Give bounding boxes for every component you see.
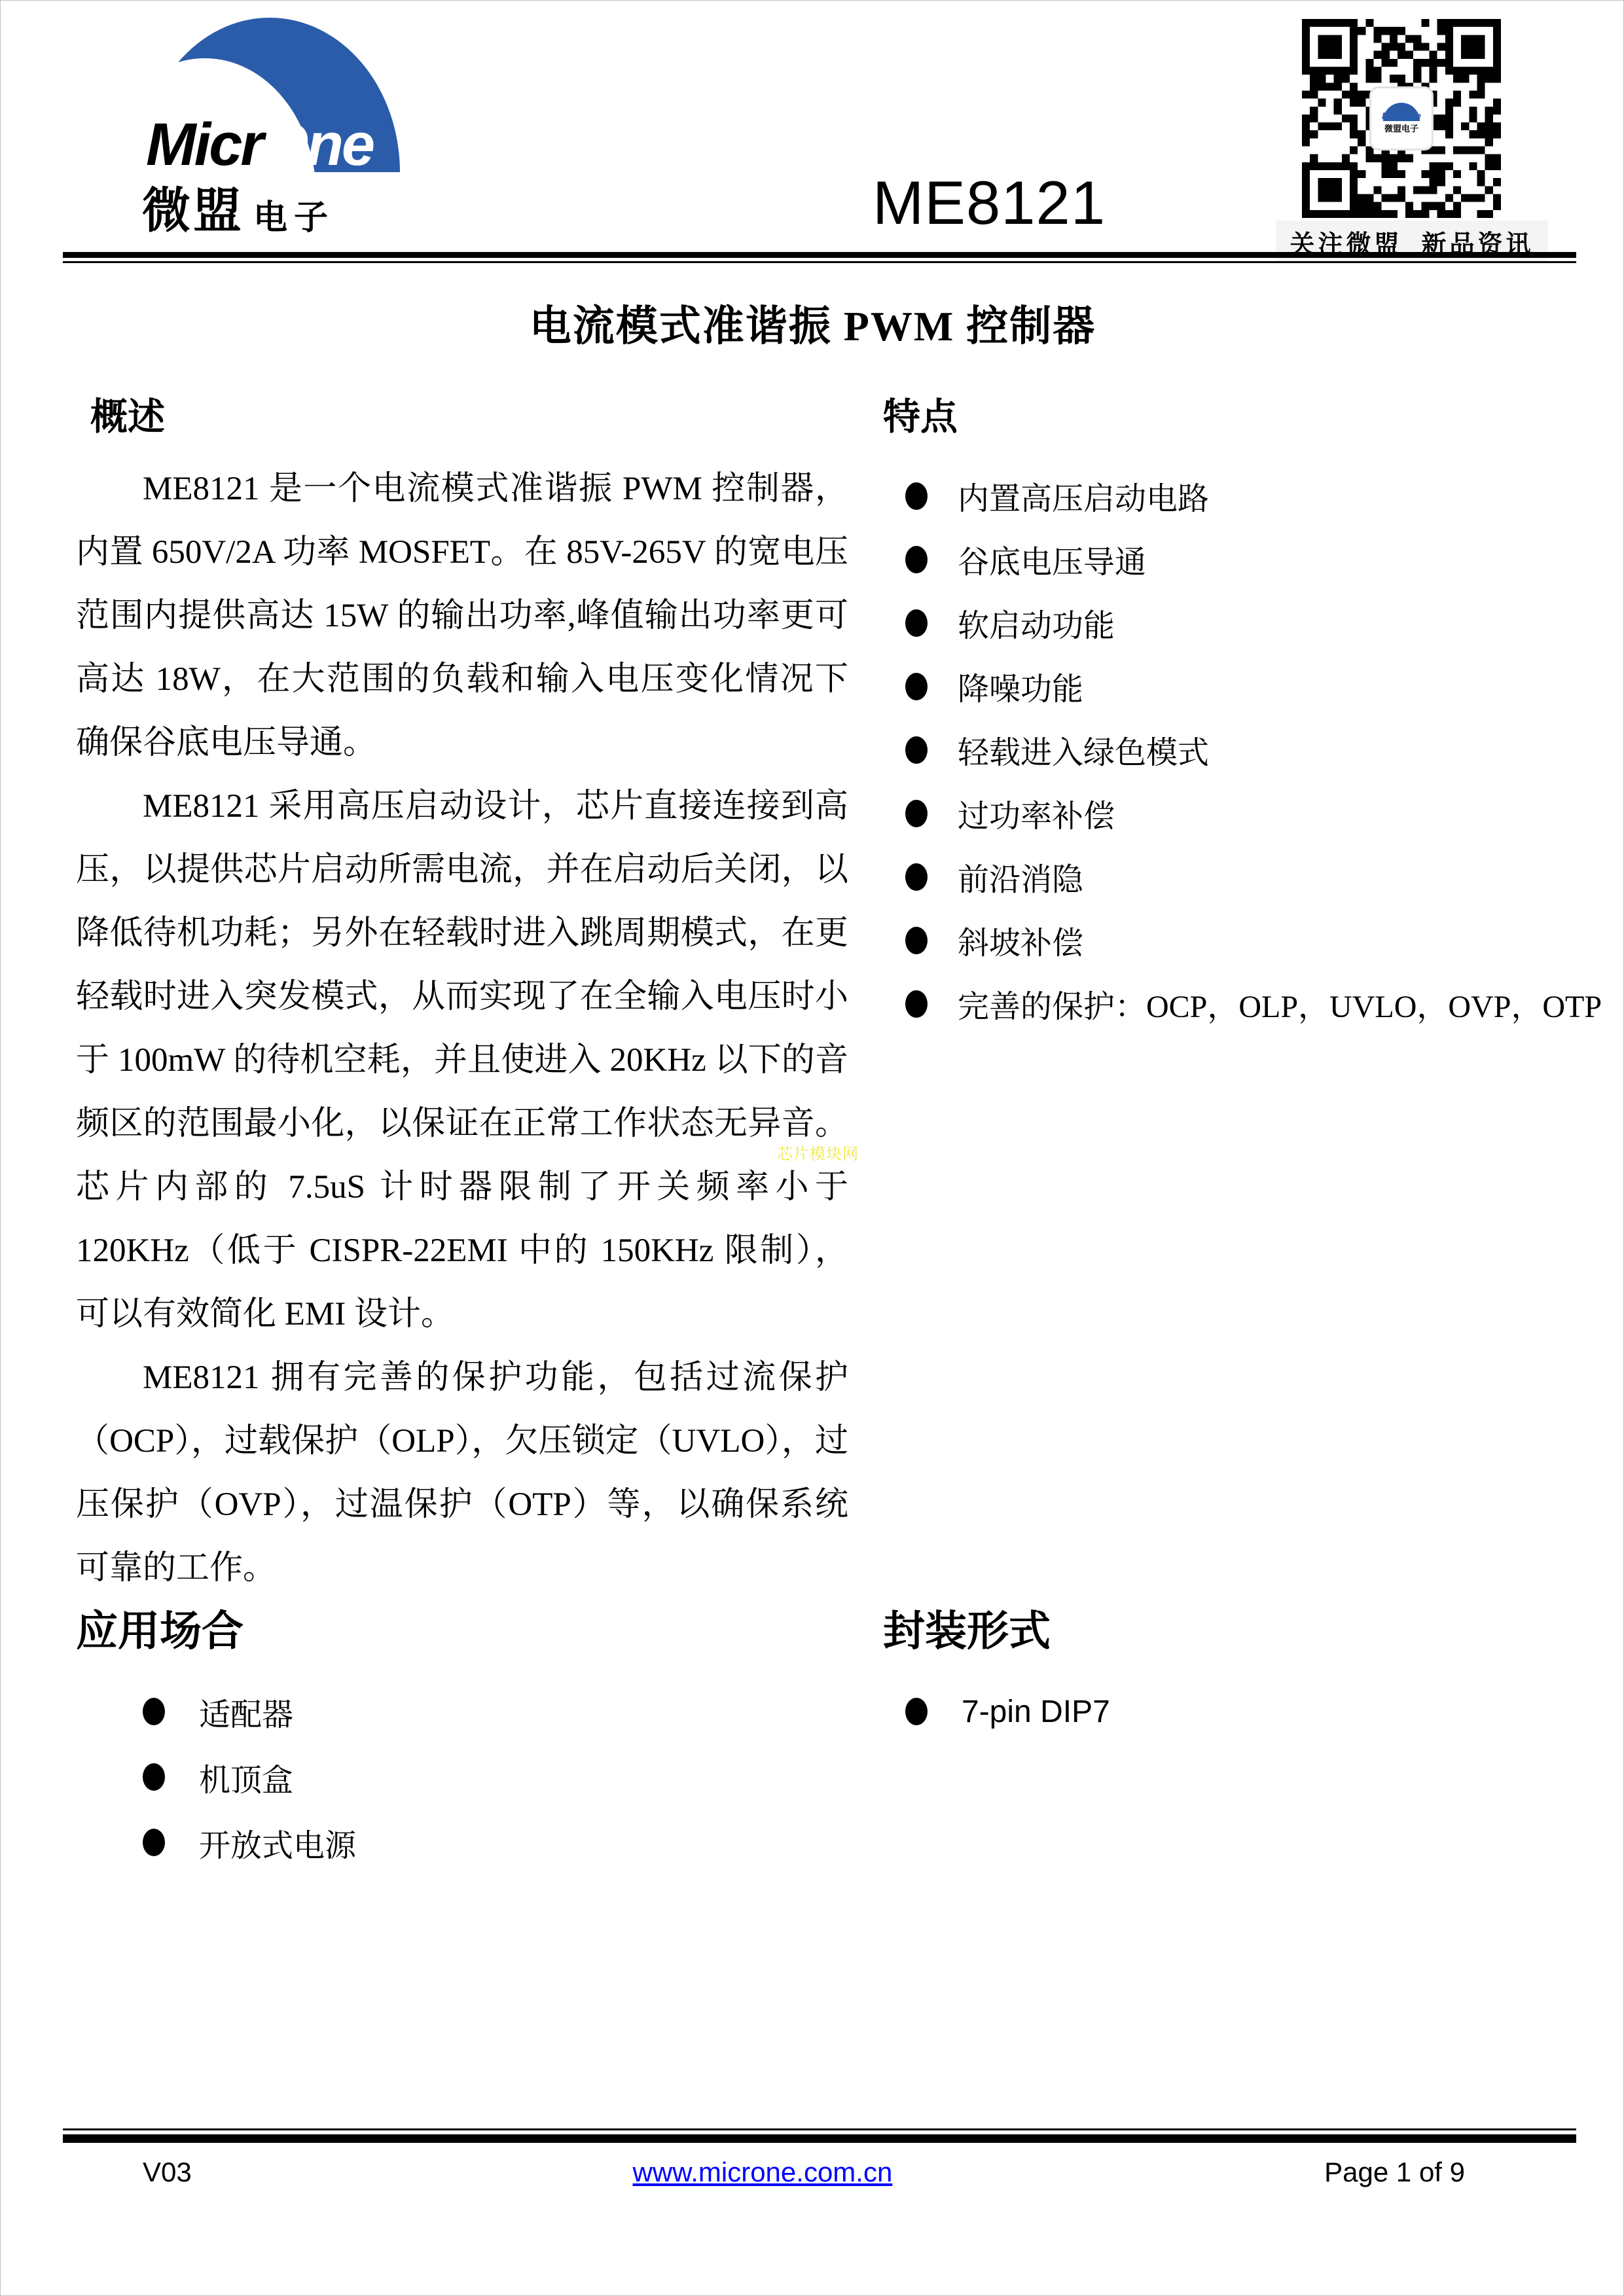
package-section: 封装形式 7-pin DIP7: [883, 1598, 1538, 1744]
package-list: 7-pin DIP7: [883, 1679, 1538, 1744]
feature-item: 谷底电压导通: [883, 528, 1624, 591]
logo-cn-main: 微盟: [142, 172, 244, 242]
footer-page-number: Page 1 of 9: [892, 2157, 1576, 2188]
product-name: ME8121: [873, 172, 1106, 234]
footer-version: V03: [63, 2157, 633, 2188]
feature-item: 内置高压启动电路: [883, 464, 1624, 528]
application-item: 机顶盒: [76, 1744, 816, 1810]
bullet-icon: [143, 1829, 165, 1856]
feature-item: 斜坡补偿: [883, 908, 1624, 972]
bullet-icon: [905, 800, 928, 827]
logo-cn-sub: 电子: [253, 190, 334, 242]
features-list: 内置高压启动电路 谷底电压导通 软启动功能 降噪功能 轻载进入绿色模式 过功率补…: [883, 464, 1624, 1035]
feature-label: 前沿消隐: [958, 854, 1083, 899]
overview-section: 概述 ME8121 是一个电流模式准谐振 PWM 控制器，内置 650V/2A …: [76, 387, 848, 1600]
package-label: 7-pin DIP7: [962, 1694, 1110, 1730]
overview-paragraph: ME8121 采用高压启动设计，芯片直接连接到高压，以提供芯片启动所需电流，并在…: [76, 775, 848, 1346]
feature-item: 完善的保护：OCP，OLP，UVLO，OVP，OTP: [883, 972, 1624, 1035]
feature-label: 内置高压启动电路: [958, 473, 1209, 518]
qr-logo-en: MicrOne: [1382, 111, 1421, 122]
feature-item: 轻载进入绿色模式: [883, 718, 1624, 781]
feature-label: 过功率补偿: [958, 791, 1115, 836]
bullet-icon: [905, 927, 928, 954]
applications-heading: 应用场合: [76, 1598, 816, 1658]
bullet-icon: [143, 1763, 165, 1791]
application-item: 适配器: [76, 1679, 816, 1744]
bullet-icon: [905, 673, 928, 700]
features-heading: 特点: [883, 387, 1624, 440]
overview-heading: 概述: [90, 387, 848, 440]
applications-list: 适配器 机顶盒 开放式电源: [76, 1679, 816, 1875]
feature-label: 降噪功能: [958, 664, 1083, 709]
feature-label: 完善的保护：OCP，OLP，UVLO，OVP，OTP: [958, 981, 1602, 1026]
feature-item: 软启动功能: [883, 591, 1624, 655]
feature-item: 前沿消隐: [883, 845, 1624, 908]
header-rule-thin: [63, 261, 1576, 263]
feature-item: 过功率补偿: [883, 781, 1624, 845]
application-label: 适配器: [199, 1689, 293, 1734]
logo-chinese-name: 微盟 电子: [142, 172, 334, 242]
datasheet-page: MicrOne 微盟 电子 ME8121 MicrOne 微盟电子 关注微盟 新…: [0, 0, 1624, 2296]
application-label: 开放式电源: [199, 1820, 356, 1865]
qr-center-logo: MicrOne 微盟电子: [1369, 86, 1434, 151]
bullet-icon: [905, 863, 928, 891]
company-logo: MicrOne 微盟 电子: [1, 1, 511, 249]
feature-label: 谷底电压导通: [958, 537, 1146, 582]
qr-code: MicrOne 微盟电子: [1291, 19, 1511, 218]
document-title: 电流模式准谐振 PWM 控制器: [1, 293, 1624, 353]
feature-item: 降噪功能: [883, 655, 1624, 718]
feature-label: 轻载进入绿色模式: [958, 727, 1209, 772]
features-section: 特点 内置高压启动电路 谷底电压导通 软启动功能 降噪功能 轻载进入绿色模式 过…: [883, 387, 1624, 1035]
bullet-icon: [143, 1698, 165, 1725]
logo-wordmark: MicrOne: [146, 111, 373, 179]
footer-rule-thin: [63, 2128, 1576, 2130]
feature-label: 斜坡补偿: [958, 918, 1083, 963]
applications-section: 应用场合 适配器 机顶盒 开放式电源: [76, 1598, 816, 1875]
bullet-icon: [905, 546, 928, 573]
application-item: 开放式电源: [76, 1810, 816, 1875]
header-rule-thick: [63, 252, 1576, 258]
package-heading: 封装形式: [883, 1598, 1538, 1658]
footer: V03 www.microne.com.cn Page 1 of 9: [63, 2157, 1576, 2188]
site-watermark: 芯片模块网: [777, 1141, 859, 1164]
logo-text-micr: Micr: [146, 111, 262, 178]
overview-paragraph: ME8121 拥有完善的保护功能，包括过流保护（OCP），过载保护（OLP），欠…: [76, 1346, 848, 1600]
logo-text-one: One: [262, 111, 373, 178]
package-item: 7-pin DIP7: [883, 1679, 1538, 1744]
application-label: 机顶盒: [199, 1755, 293, 1800]
qr-logo-cn: 微盟电子: [1384, 122, 1418, 134]
overview-paragraph: ME8121 是一个电流模式准谐振 PWM 控制器，内置 650V/2A 功率 …: [76, 457, 848, 775]
footer-rule-thick: [63, 2134, 1576, 2143]
bullet-icon: [905, 736, 928, 764]
bullet-icon: [905, 1698, 928, 1725]
bullet-icon: [905, 482, 928, 510]
footer-website-link[interactable]: www.microne.com.cn: [633, 2157, 893, 2188]
feature-label: 软启动功能: [958, 600, 1115, 645]
bullet-icon: [905, 990, 928, 1018]
bullet-icon: [905, 609, 928, 637]
